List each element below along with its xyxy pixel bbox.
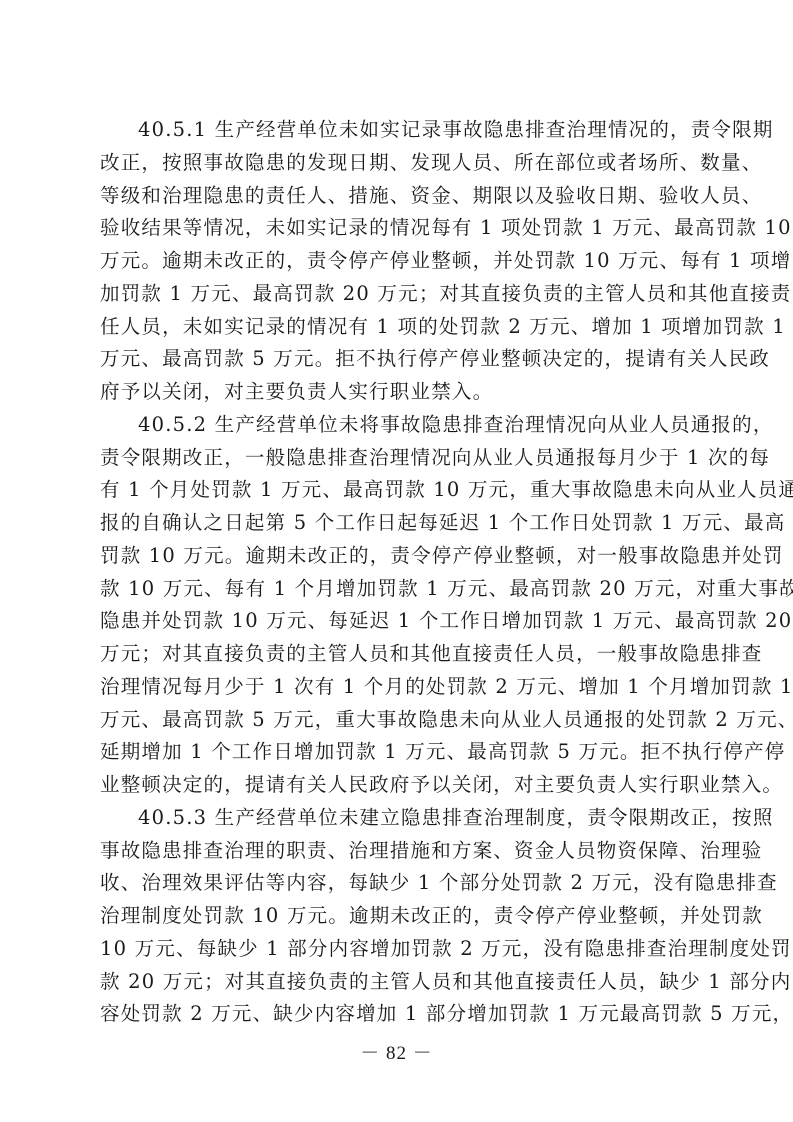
document-page: 40.5.1 生产经营单位未如实记录事故隐患排查治理情况的，责令限期 改正，按照… — [0, 0, 793, 1122]
text-line: 府予以关闭，对主要负责人实行职业禁入。 — [100, 376, 692, 409]
text-line: 罚款 10 万元。逾期未改正的，责令停产停业整顿，对一般事故隐患并处罚 — [100, 540, 692, 573]
text-line: 改正，按照事故隐患的发现日期、发现人员、所在部位或者场所、数量、 — [100, 147, 692, 180]
text-line: 治理制度处罚款 10 万元。逾期未改正的，责令停产停业整顿，并处罚款 — [100, 900, 692, 933]
text-line: 有 1 个月处罚款 1 万元、最高罚款 10 万元，重大事故隐患未向从业人员通 — [100, 474, 692, 507]
text-line: 10 万元、每缺少 1 部分内容增加罚款 2 万元，没有隐患排查治理制度处罚 — [100, 933, 692, 966]
text-line: 万元、最高罚款 5 万元。拒不执行停产停业整顿决定的，提请有关人民政 — [100, 343, 692, 376]
text-line: 40.5.2 生产经营单位未将事故隐患排查治理情况向从业人员通报的， — [100, 409, 692, 442]
paragraph-40-5-2: 40.5.2 生产经营单位未将事故隐患排查治理情况向从业人员通报的， 责令限期改… — [100, 409, 692, 802]
text-line: 万元、最高罚款 5 万元，重大事故隐患未向从业人员通报的处罚款 2 万元、 — [100, 704, 692, 737]
text-line: 收、治理效果评估等内容，每缺少 1 个部分处罚款 2 万元，没有隐患排查 — [100, 867, 692, 900]
page-number: － 82 － — [0, 1038, 793, 1065]
text-line: 容处罚款 2 万元、缺少内容增加 1 部分增加罚款 1 万元最高罚款 5 万元， — [100, 998, 692, 1031]
text-line: 款 20 万元；对其直接负责的主管人员和其他直接责任人员，缺少 1 部分内 — [100, 966, 692, 999]
text-line: 万元；对其直接负责的主管人员和其他直接责任人员，一般事故隐患排查 — [100, 638, 692, 671]
text-line: 验收结果等情况，未如实记录的情况每有 1 项处罚款 1 万元、最高罚款 10 — [100, 212, 692, 245]
text-line: 40.5.1 生产经营单位未如实记录事故隐患排查治理情况的，责令限期 — [100, 114, 692, 147]
text-line: 任人员，未如实记录的情况有 1 项的处罚款 2 万元、增加 1 项增加罚款 1 — [100, 311, 692, 344]
text-line: 40.5.3 生产经营单位未建立隐患排查治理制度，责令限期改正，按照 — [100, 802, 692, 835]
text-line: 报的自确认之日起第 5 个工作日起每延迟 1 个工作日处罚款 1 万元、最高 — [100, 507, 692, 540]
text-line: 业整顿决定的，提请有关人民政府予以关闭，对主要负责人实行职业禁入。 — [100, 769, 692, 802]
text-line: 万元。逾期未改正的，责令停产停业整顿，并处罚款 10 万元、每有 1 项增 — [100, 245, 692, 278]
paragraph-40-5-3: 40.5.3 生产经营单位未建立隐患排查治理制度，责令限期改正，按照 事故隐患排… — [100, 802, 692, 1031]
text-line: 隐患并处罚款 10 万元、每延迟 1 个工作日增加罚款 1 万元、最高罚款 20 — [100, 605, 692, 638]
text-line: 等级和治理隐患的责任人、措施、资金、期限以及验收日期、验收人员、 — [100, 180, 692, 213]
text-line: 加罚款 1 万元、最高罚款 20 万元；对其直接负责的主管人员和其他直接责 — [100, 278, 692, 311]
paragraph-40-5-1: 40.5.1 生产经营单位未如实记录事故隐患排查治理情况的，责令限期 改正，按照… — [100, 114, 692, 409]
text-line: 款 10 万元、每有 1 个月增加罚款 1 万元、最高罚款 20 万元，对重大事… — [100, 573, 692, 606]
text-line: 延期增加 1 个工作日增加罚款 1 万元、最高罚款 5 万元。拒不执行停产停 — [100, 736, 692, 769]
text-line: 责令限期改正，一般隐患排查治理情况向从业人员通报每月少于 1 次的每 — [100, 442, 692, 475]
body-text: 40.5.1 生产经营单位未如实记录事故隐患排查治理情况的，责令限期 改正，按照… — [100, 114, 692, 1031]
text-line: 事故隐患排查治理的职责、治理措施和方案、资金人员物资保障、治理验 — [100, 835, 692, 868]
text-line: 治理情况每月少于 1 次有 1 个月的处罚款 2 万元、增加 1 个月增加罚款 … — [100, 671, 692, 704]
